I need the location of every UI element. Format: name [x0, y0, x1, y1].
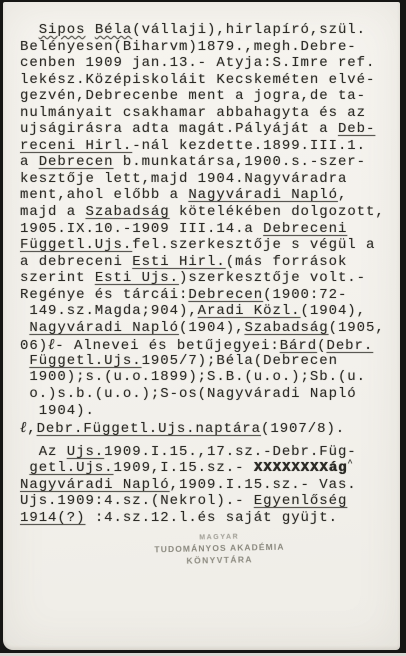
text-segment: 149.sz.Magda;904),	[29, 303, 197, 319]
text-line: ment,ahol előbb a Nagyváradi Napló,	[20, 187, 390, 204]
underlined-text: Szabadság	[244, 320, 328, 336]
text-segment: ment,ahol előbb a	[20, 187, 188, 203]
text-line: 1900);s.(u.o.1899);S.B.(u.o.);Sb.(u.	[20, 369, 390, 386]
text-segment: (vállaji),hirlapíró,szül.	[132, 22, 366, 38]
text-line: getl.Ujs.1909,I.15.sz.- XXXXXXXXág^	[20, 460, 390, 477]
text-line: szerint Esti Ujs.)szerkesztője volt.-	[20, 270, 390, 287]
underlined-text: Függetl.Ujs.	[20, 237, 132, 253]
text-line: Függetl.Ujs.1905/7);Béla(Debrecen	[20, 353, 390, 370]
underlined-text: Debrecen	[188, 287, 263, 303]
text-segment: kötelékében dolgozott,	[170, 204, 385, 220]
text-segment: (más források	[226, 254, 348, 270]
underlined-text: Nagyváradi Napló	[188, 187, 338, 203]
paragraph: Sipos Béla(vállaji),hirlapíró,szül.Belén…	[20, 22, 390, 436]
text-line: a debreceni Esti Hirl.(más források	[20, 254, 390, 271]
text-line: 06)ℓ- Alnevei és betűjegyei:Bárd(Debr.	[20, 336, 390, 353]
underlined-text: Nagyváradi Napló	[20, 477, 170, 493]
text-segment: cenben 1909 jan.13.- Atyja:S.Imre ref.	[20, 55, 375, 71]
text-segment: (1904),	[301, 303, 366, 319]
text-line: kesztője lett,majd 1904.Nagyváradra	[20, 171, 390, 188]
text-line: 1905.IX.10.-1909 III.14.a Debreceni	[20, 221, 390, 238]
underlined-text: getl.Ujs.	[29, 460, 113, 476]
text-segment: a debreceni	[20, 254, 132, 270]
text-segment: :4.sz.12.l.és saját gyüjt.	[85, 510, 338, 526]
underlined-text: Esti Ujs.	[95, 270, 179, 286]
text-line: a Debrecen b.munkatársa,1900.s.-szer-	[20, 154, 390, 171]
text-segment: 1904).	[39, 403, 95, 419]
text-line: gezvén,Debrecenbe ment a jogra,de ta-	[20, 88, 390, 105]
library-stamp: MAGYAR TUDOMÁNYOS AKADÉMIA KÖNYVTÁRA	[39, 530, 401, 569]
text-line: 149.sz.Magda;904),Aradi Közl.(1904),	[20, 303, 390, 320]
underlined-text: Sipos	[39, 22, 86, 38]
text-segment: b.munkatársa,1900.s.-szer-	[114, 154, 367, 170]
text-line: lekész.Középiskoláit Kecskeméten elvé-	[20, 72, 390, 89]
text-line: cenben 1909 jan.13.- Atyja:S.Imre ref.	[20, 55, 390, 72]
text-line: ujságirásra adta magát.Pályáját a Deb-	[20, 121, 390, 138]
underlined-text: 1914(?)	[20, 510, 85, 526]
underlined-text: Debrecen	[39, 154, 114, 170]
text-line: 1914(?) :4.sz.12.l.és saját gyüjt.	[20, 510, 390, 527]
text-segment: (1900:72-	[263, 287, 347, 303]
text-segment: (1907/8).	[261, 421, 345, 437]
text-line: Nagyváradi Napló,1909.I.15.sz.- Vas.	[20, 477, 390, 494]
text-segment: -nál kezdette.1899.III.1.	[132, 138, 366, 154]
text-segment: ujságirásra adta magát.Pályáját a	[20, 121, 338, 137]
underlined-text: Deb-	[338, 121, 375, 137]
text-segment: nulmányait csakhamar abbahagyta és az	[20, 105, 366, 121]
underlined-text: Debr.Függetl.Ujs.naptára	[37, 421, 261, 437]
text-segment: XXXXXXXXág	[254, 460, 348, 476]
underlined-text: Ujs.	[67, 444, 104, 460]
underlined-text: Szabadság	[85, 204, 169, 220]
text-segment: majd a	[20, 204, 85, 220]
text-segment: Ujs.1909:4.sz.(Nekrol).-	[20, 493, 254, 509]
underlined-text: Aradi Közl.	[198, 303, 301, 319]
text-segment: o.)s.b.(u.o.);S-os(Nagyváradi Napló	[29, 386, 356, 402]
typewritten-text: Sipos Béla(vállaji),hirlapíró,szül.Belén…	[3, 2, 400, 526]
text-line: Ujs.1909:4.sz.(Nekrol).- Egyenlőség	[20, 493, 390, 510]
text-segment: Az	[39, 444, 67, 460]
text-line: Sipos Béla(vállaji),hirlapíró,szül.	[20, 22, 390, 39]
text-segment: 1909,I.15.sz.-	[114, 460, 254, 476]
underlined-text: Esti Hirl.	[132, 254, 226, 270]
text-line: ℓ,Debr.Függetl.Ujs.naptára(1907/8).	[20, 419, 390, 436]
text-line: o.)s.b.(u.o.);S-os(Nagyváradi Napló	[20, 386, 390, 403]
text-line: Az Ujs.1909.I.15.,17.sz.-Debr.Füg-	[20, 444, 390, 461]
text-segment: (1905,	[329, 320, 385, 336]
underlined-text: receni Hirl.	[20, 138, 132, 154]
index-card: Sipos Béla(vállaji),hirlapíró,szül.Belén…	[3, 2, 400, 650]
text-segment: fel.szerkesztője s végül a	[132, 237, 375, 253]
text-segment: gezvén,Debrecenbe ment a jogra,de ta-	[20, 88, 366, 104]
text-line: receni Hirl.-nál kezdette.1899.III.1.	[20, 138, 390, 155]
text-segment: 1905/7);Béla(Debrecen	[142, 353, 338, 369]
text-segment: 1900);s.(u.o.1899);S.B.(u.o.);Sb.(u.	[29, 369, 366, 385]
text-segment: ^	[347, 459, 353, 469]
text-segment: (1904),	[179, 320, 244, 336]
text-segment: 1909.I.15.,17.sz.-Debr.Füg-	[104, 444, 357, 460]
scanned-document: { "document": { "kind": "typewritten lib…	[0, 0, 406, 656]
text-line: nulmányait csakhamar abbahagyta és az	[20, 105, 390, 122]
underlined-text: Béla	[95, 22, 132, 38]
text-line: Függetl.Ujs.fel.szerkesztője s végül a	[20, 237, 390, 254]
text-segment: 1905.IX.10.-1909 III.14.a	[20, 221, 263, 237]
underlined-text: Egyenlőség	[254, 493, 348, 509]
text-line: Nagyváradi Napló(1904),Szabadság(1905,	[20, 320, 390, 337]
text-segment: ,	[338, 187, 347, 203]
underlined-text: Nagyváradi Napló	[29, 320, 179, 336]
text-line: majd a Szabadság kötelékében dolgozott,	[20, 204, 390, 221]
text-segment: Belényesen(Biharvm)1879.,megh.Debre-	[20, 39, 357, 55]
text-segment: szerint	[20, 270, 95, 286]
text-segment: )szerkesztője volt.-	[179, 270, 366, 286]
text-segment	[85, 22, 94, 38]
text-segment: lekész.Középiskoláit Kecskeméten elvé-	[20, 72, 375, 88]
text-segment: a	[20, 154, 39, 170]
text-line: Belényesen(Biharvm)1879.,megh.Debre-	[20, 39, 390, 56]
text-segment: kesztője lett,majd 1904.Nagyváradra	[20, 171, 347, 187]
text-segment: Regénye és tárcái:	[20, 287, 188, 303]
underlined-text: Függetl.Ujs.	[29, 353, 141, 369]
underlined-text: Debreceni	[263, 221, 347, 237]
text-segment: ,1909.I.15.sz.- Vas.	[170, 477, 357, 493]
text-segment: ,	[27, 421, 36, 437]
text-line: Regénye és tárcái:Debrecen(1900:72-	[20, 287, 390, 304]
paragraph: Az Ujs.1909.I.15.,17.sz.-Debr.Füg-getl.U…	[20, 444, 390, 527]
text-line: 1904).	[20, 403, 390, 420]
